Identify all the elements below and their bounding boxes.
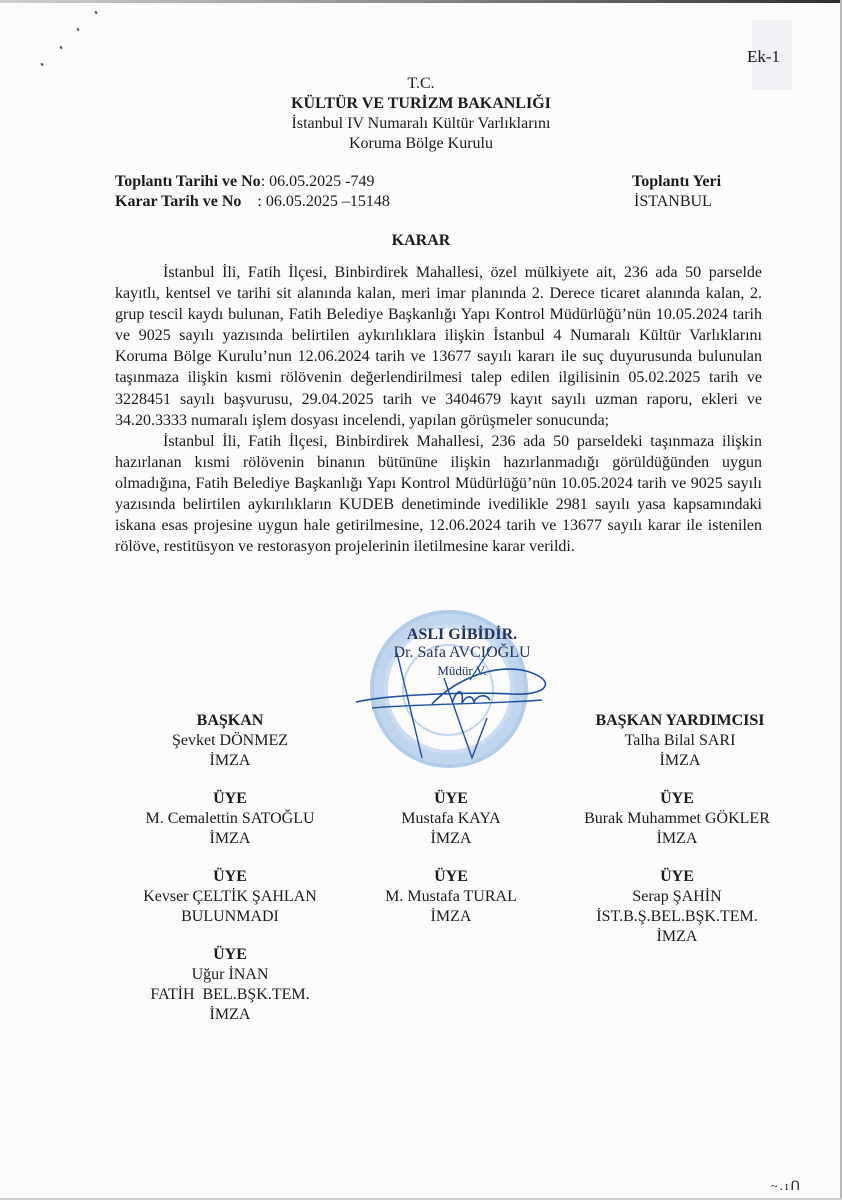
meeting-date-value: : 06.05.2025 -749	[261, 172, 375, 192]
scan-speck	[59, 46, 62, 50]
document-header: T.C. KÜLTÜR VE TURİZM BAKANLIĞI İstanbul…	[0, 74, 842, 154]
member-title: İST.B.Ş.BEL.BŞK.TEM.	[557, 907, 797, 927]
member-status: İMZA	[110, 751, 350, 771]
member: ÜYE Serap ŞAHİN İST.B.Ş.BEL.BŞK.TEM. İMZ…	[557, 867, 797, 947]
member-chairman: BAŞKAN Şevket DÖNMEZ İMZA	[110, 711, 350, 771]
certification-stamp: ASLI GİBİDİR. Dr. Safa AVCIOĞLU Müdür V.	[352, 608, 572, 776]
member-title: FATİH BEL.BŞK.TEM.	[110, 985, 350, 1005]
member-name: Mustafa KAYA	[331, 809, 571, 829]
decision-paragraph: İstanbul İli, Fatih İlçesi, Binbirdirek …	[115, 262, 762, 431]
member-name: Serap ŞAHİN	[557, 887, 797, 907]
member: ÜYE Burak Muhammet GÖKLER İMZA	[557, 789, 797, 849]
member-name: Şevket DÖNMEZ	[110, 731, 350, 751]
meeting-date-label: Toplantı Tarihi ve No	[115, 172, 261, 192]
member-status: İMZA	[557, 927, 797, 947]
decision-title: KARAR	[0, 232, 842, 250]
document-page: Ek-1 T.C. KÜLTÜR VE TURİZM BAKANLIĞI İst…	[0, 0, 842, 1200]
header-board-line1: İstanbul IV Numaralı Kültür Varlıklarını	[0, 114, 842, 134]
member-vice-chairman: BAŞKAN YARDIMCISI Talha Bilal SARI İMZA	[560, 711, 800, 771]
meeting-info: Toplantı Tarihi ve No: 06.05.2025 -749 K…	[115, 172, 760, 212]
member-name: Kevser ÇELTİK ŞAHLAN	[110, 887, 350, 907]
member-status: İMZA	[560, 751, 800, 771]
member: ÜYE M. Cemalettin SATOĞLU İMZA	[110, 789, 350, 849]
meeting-place-label: Toplantı Yeri	[632, 172, 721, 192]
member: ÜYE Mustafa KAYA İMZA	[331, 789, 571, 849]
member-status: BULUNMADI	[110, 907, 350, 927]
member-status: İMZA	[557, 829, 797, 849]
decision-date-label: Karar Tarih ve No	[115, 192, 257, 212]
scan-speck	[40, 63, 43, 67]
member: ÜYE Uğur İNAN FATİH BEL.BŞK.TEM. İMZA	[110, 945, 350, 1025]
member-name: M. Mustafa TURAL	[331, 887, 571, 907]
decision-date-value: : 06.05.2025 –15148	[257, 192, 389, 212]
scan-speck	[76, 28, 79, 32]
member-status: İMZA	[110, 1005, 350, 1025]
member-name: Burak Muhammet GÖKLER	[557, 809, 797, 829]
member-status: İMZA	[331, 829, 571, 849]
member-name: Talha Bilal SARI	[560, 731, 800, 751]
header-ministry: KÜLTÜR VE TURİZM BAKANLIĞI	[0, 94, 842, 114]
member-status: İMZA	[331, 907, 571, 927]
member: ÜYE M. Mustafa TURAL İMZA	[331, 867, 571, 927]
scan-speck	[94, 11, 97, 15]
header-tc: T.C.	[0, 74, 842, 94]
header-board-line2: Koruma Bölge Kurulu	[0, 134, 842, 154]
member: ÜYE Kevser ÇELTİK ŞAHLAN BULUNMADI	[110, 867, 350, 927]
annex-label: Ek-1	[747, 47, 780, 67]
meeting-place-value: İSTANBUL	[632, 193, 712, 210]
scan-top-edge	[0, 0, 842, 3]
decision-paragraph: İstanbul İli, Fatih İlçesi, Binbirdirek …	[115, 431, 762, 558]
decision-body: İstanbul İli, Fatih İlçesi, Binbirdirek …	[115, 262, 762, 557]
handwritten-page-mark: ~.ıᑎ	[771, 1178, 802, 1194]
member-status: İMZA	[110, 829, 350, 849]
member-name: M. Cemalettin SATOĞLU	[110, 809, 350, 829]
member-name: Uğur İNAN	[110, 965, 350, 985]
signature-icon	[352, 608, 572, 776]
